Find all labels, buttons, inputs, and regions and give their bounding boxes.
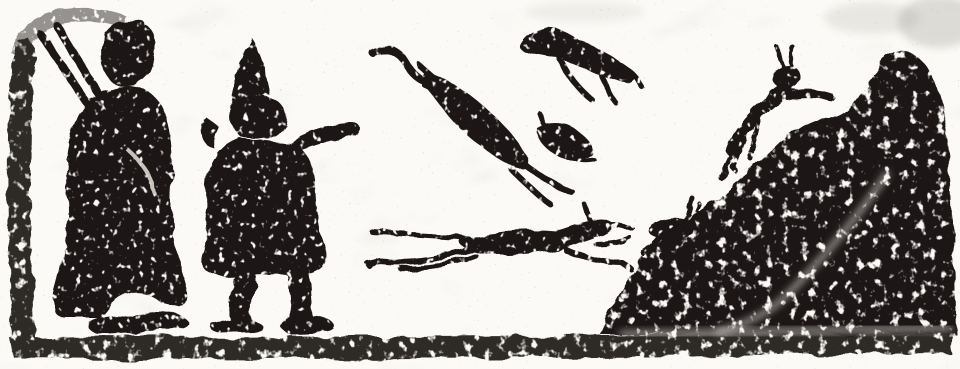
rubbing-canvas: faint arched top-left frame corner left … (0, 0, 960, 369)
hunter-leg-back (240, 276, 246, 320)
rubbing-image: faint arched top-left frame corner left … (0, 0, 960, 369)
wash-above-mound (824, 2, 920, 34)
hunter-leg-front (298, 274, 302, 316)
slope-animal-ear-2 (790, 46, 792, 64)
hunter-tunic (203, 138, 327, 277)
slope-animal-tail (788, 93, 830, 97)
wash-top-middle (525, 2, 645, 22)
